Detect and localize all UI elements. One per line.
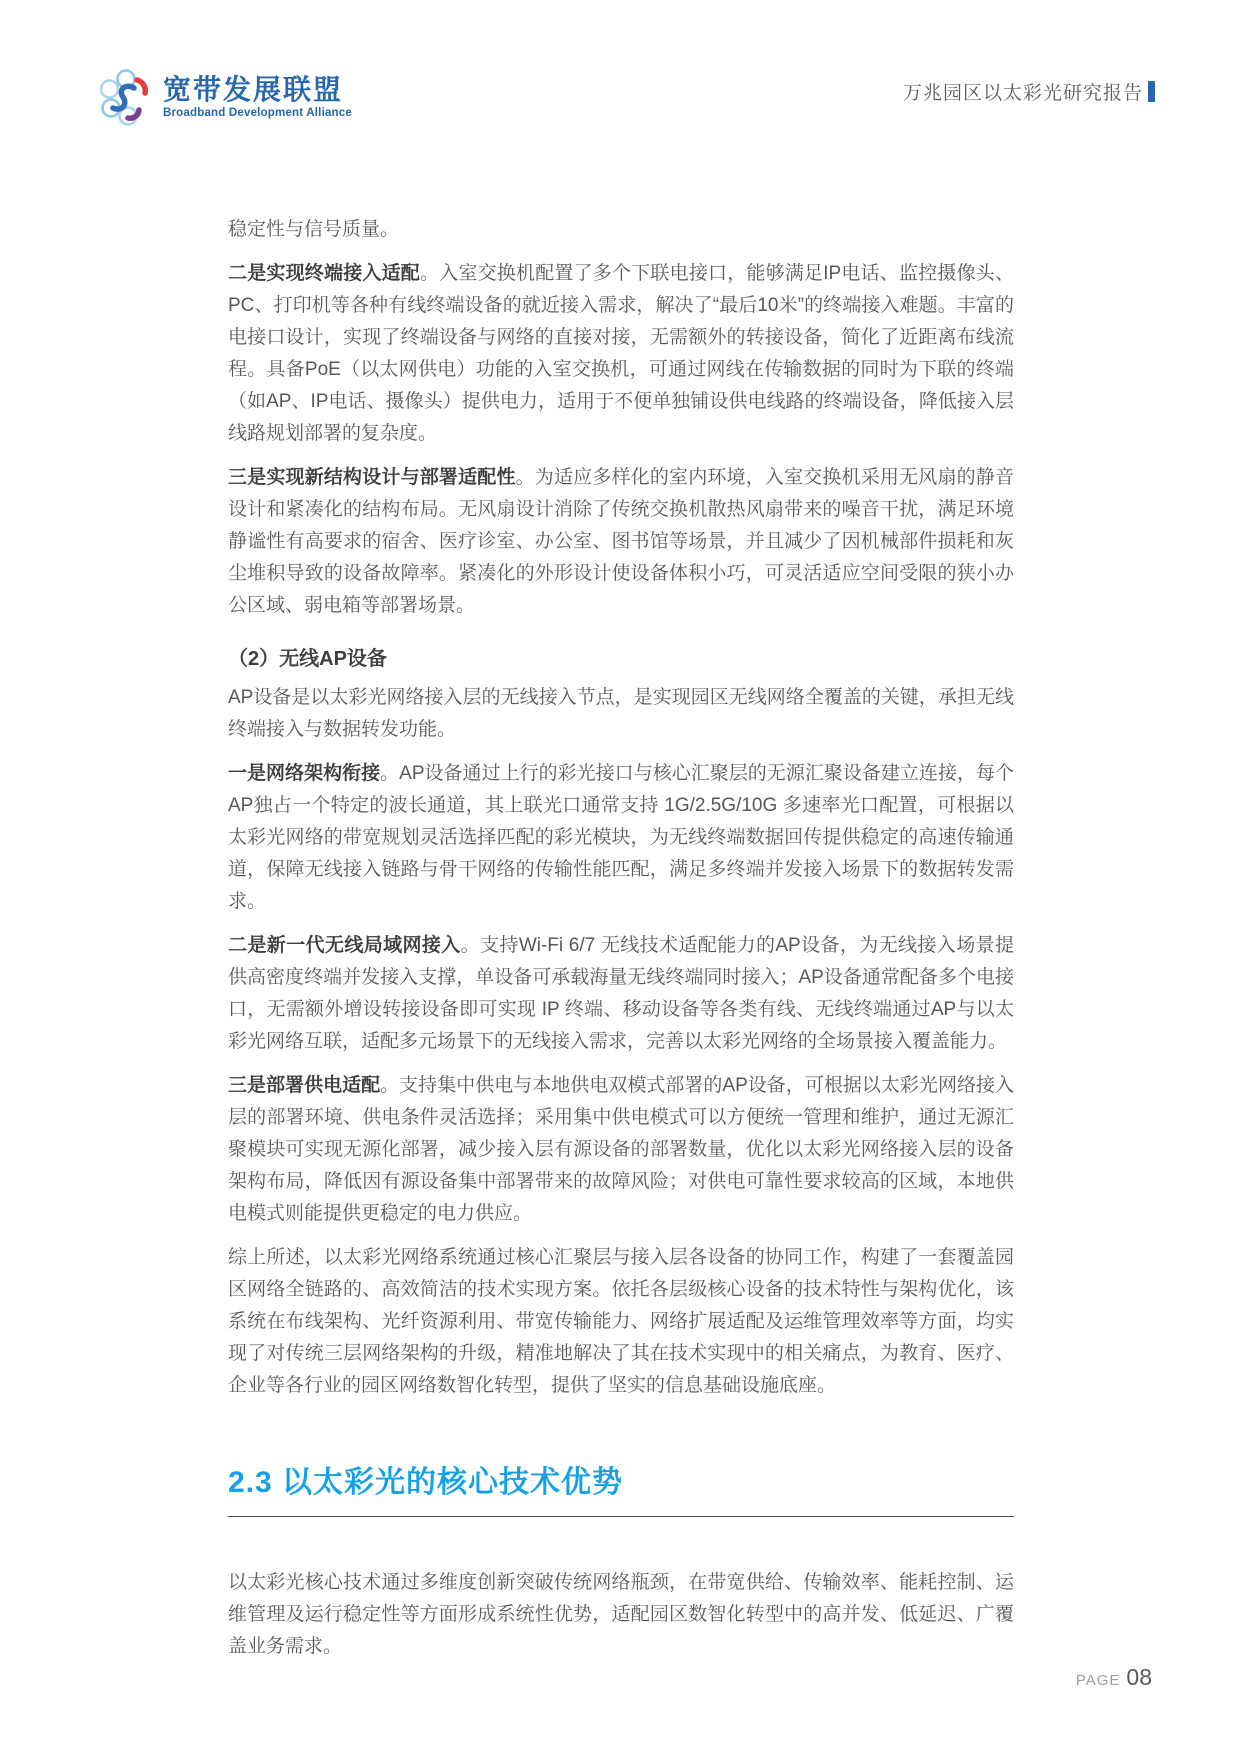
paragraph: 一是网络架构衔接。AP设备通过上行的彩光接口与核心汇聚层的无源汇聚设备建立连接，… (228, 758, 1014, 918)
paragraph: 三是部署供电适配。支持集中供电与本地供电双模式部署的AP设备，可根据以太彩光网络… (228, 1070, 1014, 1230)
paragraph: 二是实现终端接入适配。入室交换机配置了多个下联电接口，能够满足IP电话、监控摄像… (228, 258, 1014, 450)
paragraph-lead: 三是部署供电适配 (228, 1075, 380, 1096)
paragraph-text: 。AP设备通过上行的彩光接口与核心汇聚层的无源汇聚设备建立连接，每个AP独占一个… (228, 763, 1014, 912)
page-label: PAGE (1076, 1672, 1121, 1689)
paragraph: 三是实现新结构设计与部署适配性。为适应多样化的室内环境，入室交换机采用无风扇的静… (228, 462, 1014, 622)
paragraph-lead: 二是实现终端接入适配 (228, 263, 420, 284)
paragraph: 二是新一代无线局域网接入。支持Wi-Fi 6/7 无线技术适配能力的AP设备，为… (228, 930, 1014, 1058)
logo-name-cn: 宽带发展联盟 (163, 75, 352, 104)
paragraph: AP设备是以太彩光网络接入层的无线接入节点，是实现园区无线网络全覆盖的关键，承担… (228, 682, 1014, 746)
paragraph-lead: 二是新一代无线局域网接入 (228, 935, 461, 956)
paragraph-text: 以太彩光核心技术通过多维度创新突破传统网络瓶颈，在带宽供给、传输效率、能耗控制、… (228, 1572, 1014, 1657)
paragraph-text: 综上所述，以太彩光网络系统通过核心汇聚层与接入层各设备的协同工作，构建了一套覆盖… (228, 1247, 1014, 1396)
section-heading-2-3: 2.3 以太彩光的核心技术优势 (228, 1466, 1014, 1500)
paragraph-text: AP设备是以太彩光网络接入层的无线接入节点，是实现园区无线网络全覆盖的关键，承担… (228, 687, 1014, 740)
header-report-title: 万兆园区以太彩光研究报告 (903, 78, 1155, 105)
paragraph-text: 稳定性与信号质量。 (228, 219, 399, 240)
logo-text-block: 宽带发展联盟 Broadband Development Alliance (163, 75, 352, 119)
paragraph-lead: 三是实现新结构设计与部署适配性 (228, 467, 516, 488)
header-logo: 宽带发展联盟 Broadband Development Alliance (98, 68, 352, 126)
logo-name-en: Broadband Development Alliance (163, 107, 352, 119)
bda-logo-icon (98, 68, 154, 126)
header-accent-bar (1148, 81, 1155, 102)
paragraph-lead: 一是网络架构衔接 (228, 763, 380, 784)
subsection-heading-wireless-ap: （2）无线AP设备 (228, 646, 1014, 672)
page-number: 08 (1126, 1664, 1152, 1691)
paragraph: 稳定性与信号质量。 (228, 214, 1014, 246)
paragraph-text: 。入室交换机配置了多个下联电接口，能够满足IP电话、监控摄像头、PC、打印机等各… (228, 263, 1014, 444)
page-footer: PAGE 08 (1076, 1664, 1152, 1691)
paragraph: 以太彩光核心技术通过多维度创新突破传统网络瓶颈，在带宽供给、传输效率、能耗控制、… (228, 1567, 1014, 1663)
section-divider (228, 1516, 1014, 1517)
report-title-text: 万兆园区以太彩光研究报告 (903, 78, 1143, 105)
paragraph-text: 。支持集中供电与本地供电双模式部署的AP设备，可根据以太彩光网络接入层的部署环境… (228, 1075, 1014, 1224)
document-body: 稳定性与信号质量。 二是实现终端接入适配。入室交换机配置了多个下联电接口，能够满… (228, 214, 1014, 1675)
paragraph-text: 。为适应多样化的室内环境，入室交换机采用无风扇的静音设计和紧凑化的结构布局。无风… (228, 467, 1014, 616)
paragraph: 综上所述，以太彩光网络系统通过核心汇聚层与接入层各设备的协同工作，构建了一套覆盖… (228, 1242, 1014, 1402)
report-page: 宽带发展联盟 Broadband Development Alliance 万兆… (0, 0, 1240, 1754)
